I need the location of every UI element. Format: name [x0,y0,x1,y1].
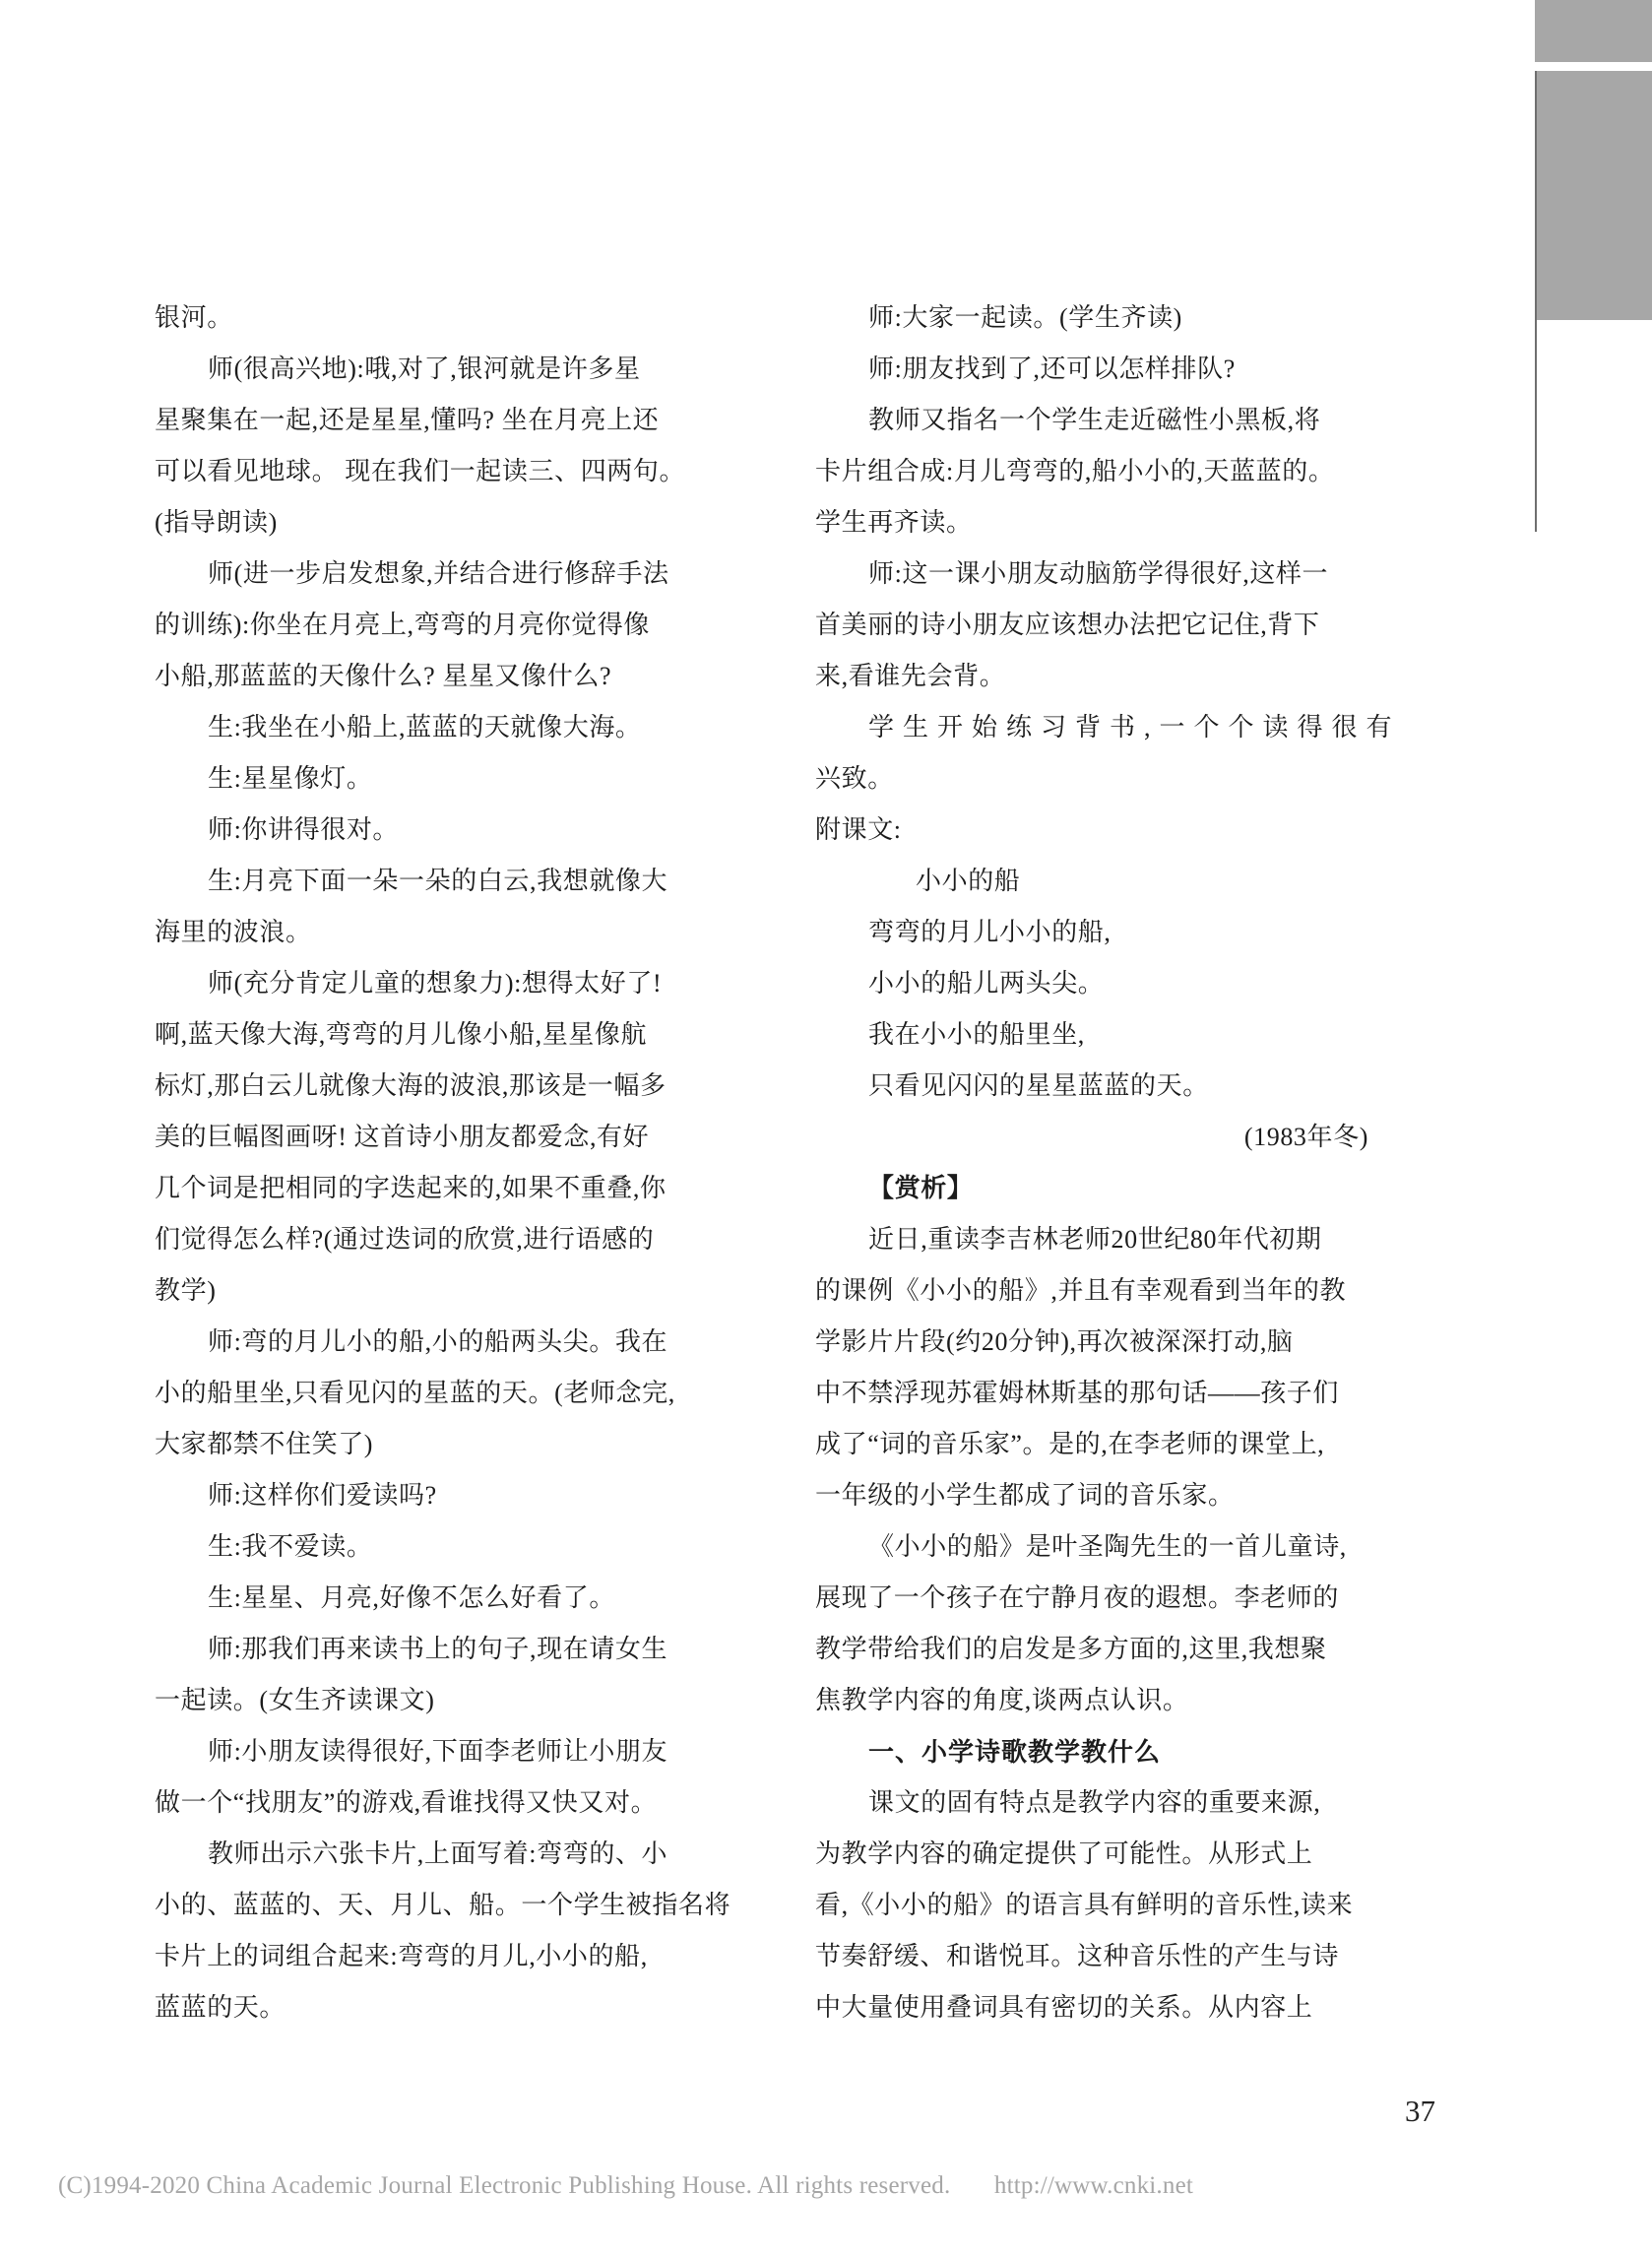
journal-page: 银河。师(很高兴地):哦,对了,银河就是许多星星聚集在一起,还是星星,懂吗? 坐… [0,0,1652,2257]
text-line: 们觉得怎么样?(通过迭词的欣赏,进行语感的 [155,1214,758,1265]
text-line: 弯弯的月儿小小的船, [815,907,1418,958]
text-line: 几个词是把相同的字迭起来的,如果不重叠,你 [155,1163,758,1214]
text-line: 的课例《小小的船》,并且有幸观看到当年的教 [815,1265,1418,1317]
text-line: 成了“词的音乐家”。是的,在李老师的课堂上, [815,1419,1418,1470]
text-line: 师(充分肯定儿童的想象力):想得太好了! [155,958,758,1009]
text-line: 看,《小小的船》的语言具有鲜明的音乐性,读来 [815,1880,1418,1931]
text-line: 卡片上的词组合起来:弯弯的月儿,小小的船, [155,1931,758,1982]
text-line: 我在小小的船里坐, [815,1009,1418,1061]
text-line: 小船,那蓝蓝的天像什么? 星星又像什么? [155,651,758,702]
text-line: 师:你讲得很对。 [155,805,758,856]
text-line: 教学) [155,1265,758,1317]
text-line: 生:月亮下面一朵一朵的白云,我想就像大 [155,856,758,907]
text-line: 【赏析】 [815,1163,1418,1214]
scan-artifact-gray-box-top [1535,0,1652,62]
text-line: 焦教学内容的角度,谈两点认识。 [815,1675,1418,1726]
cnki-url: http://www.cnki.net [994,2172,1193,2199]
text-line: 生:星星像灯。 [155,753,758,805]
text-line: 的训练):你坐在月亮上,弯弯的月亮你觉得像 [155,600,758,651]
text-line: 做一个“找朋友”的游戏,看谁找得又快又对。 [155,1777,758,1829]
text-line: 标灯,那白云儿就像大海的波浪,那该是一幅多 [155,1061,758,1112]
left-text-column: 银河。师(很高兴地):哦,对了,银河就是许多星星聚集在一起,还是星星,懂吗? 坐… [155,292,758,2033]
text-line: 中大量使用叠词具有密切的关系。从内容上 [815,1982,1418,2033]
text-line: 小小的船儿两头尖。 [815,958,1418,1009]
scan-artifact-gray-box [1537,71,1652,320]
text-line: 师:这一课小朋友动脑筋学得很好,这样一 [815,548,1418,600]
text-line: 小的船里坐,只看见闪的星蓝的天。(老师念完, [155,1368,758,1419]
text-line: 节奏舒缓、和谐悦耳。这种音乐性的产生与诗 [815,1931,1418,1982]
text-line: 卡片组合成:月儿弯弯的,船小小的,天蓝蓝的。 [815,446,1418,497]
text-line: 近日,重读李吉林老师20世纪80年代初期 [815,1214,1418,1265]
text-line: 教师出示六张卡片,上面写着:弯弯的、小 [155,1829,758,1880]
text-line: 星聚集在一起,还是星星,懂吗? 坐在月亮上还 [155,395,758,446]
text-line: (1983年冬) [815,1112,1418,1163]
text-line: 学生再齐读。 [815,497,1418,548]
text-line: 《小小的船》是叶圣陶先生的一首儿童诗, [815,1521,1418,1573]
text-line: 首美丽的诗小朋友应该想办法把它记住,背下 [815,600,1418,651]
text-line: 师:那我们再来读书上的句子,现在请女生 [155,1624,758,1675]
text-line: 小的、蓝蓝的、天、月儿、船。一个学生被指名将 [155,1880,758,1931]
text-line: 中不禁浮现苏霍姆林斯基的那句话——孩子们 [815,1368,1418,1419]
text-line: 蓝蓝的天。 [155,1982,758,2033]
text-line: 一起读。(女生齐读课文) [155,1675,758,1726]
text-line: 可以看见地球。 现在我们一起读三、四两句。 [155,446,758,497]
text-line: 师:小朋友读得很好,下面李老师让小朋友 [155,1726,758,1777]
text-line: 美的巨幅图画呀! 这首诗小朋友都爱念,有好 [155,1112,758,1163]
copyright-notice: (C)1994-2020 China Academic Journal Elec… [58,2172,950,2199]
text-line: 展现了一个孩子在宁静月夜的遐想。李老师的 [815,1573,1418,1624]
text-line: 一年级的小学生都成了词的音乐家。 [815,1470,1418,1521]
text-line: 兴致。 [815,753,1418,805]
text-line: (指导朗读) [155,497,758,548]
text-line: 师(很高兴地):哦,对了,银河就是许多星 [155,344,758,395]
text-line: 师:大家一起读。(学生齐读) [815,292,1418,344]
text-line: 一、小学诗歌教学教什么 [815,1726,1418,1777]
text-line: 啊,蓝天像大海,弯弯的月儿像小船,星星像航 [155,1009,758,1061]
page-number: 37 [1376,2094,1435,2129]
text-line: 来,看谁先会背。 [815,651,1418,702]
text-line: 附课文: [815,805,1418,856]
right-text-column: 师:大家一起读。(学生齐读)师:朋友找到了,还可以怎样排队?教师又指名一个学生走… [815,292,1418,2033]
text-line: 大家都禁不住笑了) [155,1419,758,1470]
text-line: 教学带给我们的启发是多方面的,这里,我想聚 [815,1624,1418,1675]
text-line: 生:我不爱读。 [155,1521,758,1573]
text-line: 生:星星、月亮,好像不怎么好看了。 [155,1573,758,1624]
text-line: 生:我坐在小船上,蓝蓝的天就像大海。 [155,702,758,753]
text-line: 师:弯的月儿小的船,小的船两头尖。我在 [155,1317,758,1368]
text-line: 教师又指名一个学生走近磁性小黑板,将 [815,395,1418,446]
text-line: 海里的波浪。 [155,907,758,958]
text-line: 为教学内容的确定提供了可能性。从形式上 [815,1829,1418,1880]
text-line: 师:朋友找到了,还可以怎样排队? [815,344,1418,395]
text-line: 只看见闪闪的星星蓝蓝的天。 [815,1061,1418,1112]
text-line: 师(进一步启发想象,并结合进行修辞手法 [155,548,758,600]
text-line: 小小的船 [815,856,1418,907]
text-line: 银河。 [155,292,758,344]
text-line: 师:这样你们爱读吗? [155,1470,758,1521]
footer: (C)1994-2020 China Academic Journal Elec… [58,2172,1594,2200]
text-line: 课文的固有特点是教学内容的重要来源, [815,1777,1418,1829]
text-line: 学生开始练习背书,一个个读得很有 [815,702,1418,753]
scan-artifact-vertical-line [1535,71,1537,532]
text-line: 学影片片段(约20分钟),再次被深深打动,脑 [815,1317,1418,1368]
